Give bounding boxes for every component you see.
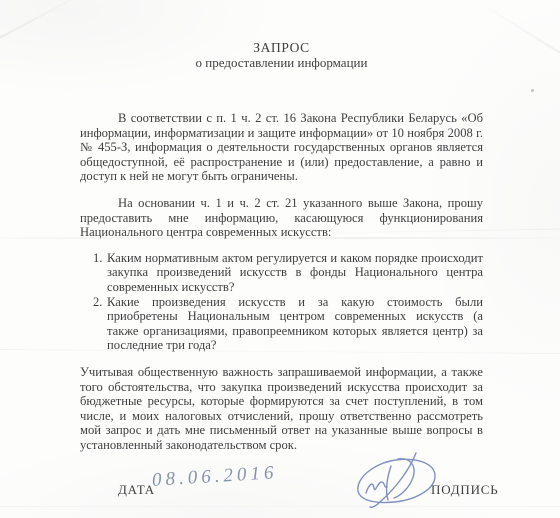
document-title: ЗАПРОС [253, 40, 309, 55]
handwritten-date: 08.06.2016 [151, 462, 278, 492]
document-body: ЗАПРОС о предоставлении информации В соо… [80, 0, 483, 452]
question-number: 2. [80, 295, 107, 353]
date-label: ДАТА [118, 482, 155, 498]
document-header: ЗАПРОС о предоставлении информации [80, 40, 483, 70]
question-text: Какие произведения искусств и за какую с… [107, 295, 483, 353]
paragraph-closing: Учитывая общественную важность запрашива… [80, 365, 483, 453]
question-text: Каким нормативным актом регулируется и к… [107, 251, 483, 295]
question-number: 1. [80, 251, 107, 295]
signature-scribble-icon [336, 450, 442, 510]
document-subtitle: о предоставлении информации [80, 55, 483, 70]
paper-crease [0, 506, 560, 507]
scan-speck [531, 89, 534, 92]
paper-crease [0, 0, 84, 46]
scanned-document-page: ЗАПРОС о предоставлении информации В соо… [0, 0, 560, 518]
question-item-1: 1. Каким нормативным актом регулируется … [80, 251, 483, 295]
question-list: 1. Каким нормативным актом регулируется … [80, 251, 483, 353]
question-item-2: 2. Какие произведения искусств и за каку… [80, 295, 483, 353]
paragraph-legal-basis: В соответствии с п. 1 ч. 2 ст. 16 Закона… [80, 111, 483, 184]
paragraph-request: На основании ч. 1 и ч. 2 ст. 21 указанно… [80, 196, 483, 240]
signature-label: ПОДПИСЬ [431, 482, 499, 498]
paper-crease [478, 1, 560, 61]
